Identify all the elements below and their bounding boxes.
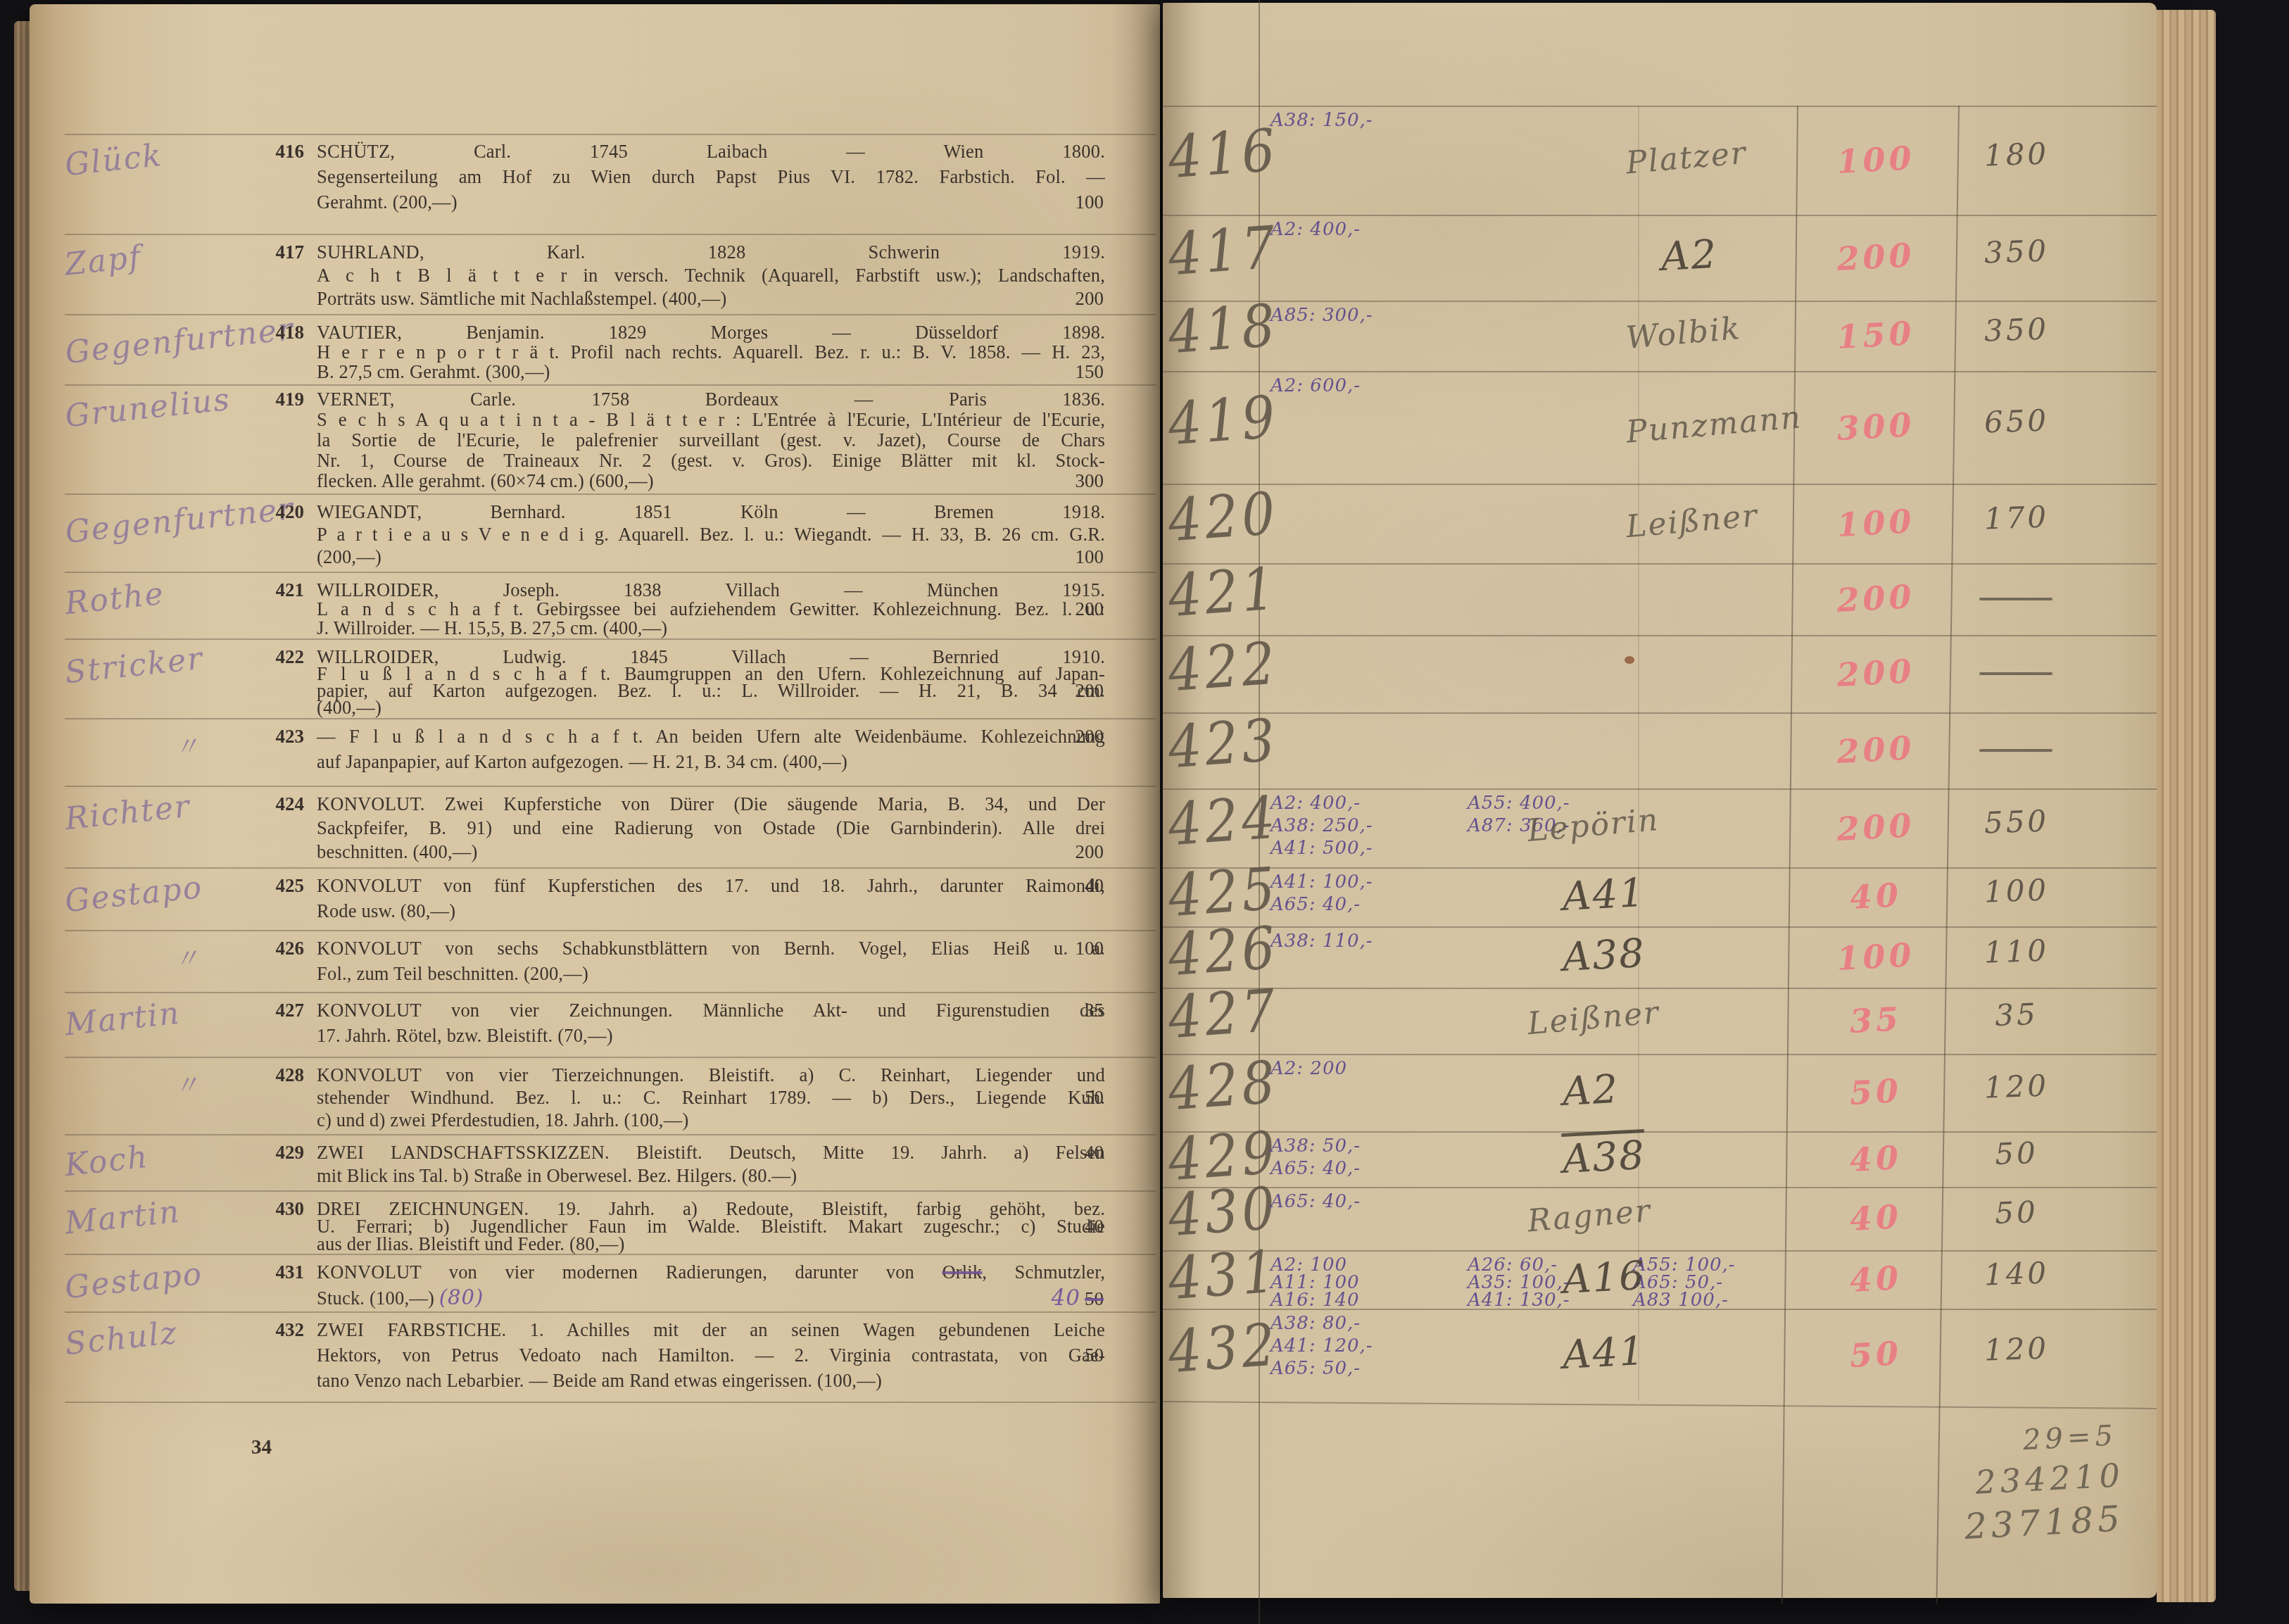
entry-line: (200,—) xyxy=(317,546,1105,568)
ledger-annotation: A38: 150,- xyxy=(1270,110,1373,132)
ink-spot xyxy=(1625,656,1634,664)
entry-line: Gerahmt. (200,—) xyxy=(317,191,1105,213)
entry-margin-name: Glück xyxy=(63,137,164,183)
lot-number: 420 xyxy=(1166,487,1257,548)
catalog-entry: Grunelius419VERNET, Carle. 1758 Bordeaux… xyxy=(30,389,1160,494)
catalog-entry: Rothe421WILLROIDER, Joseph. 1838 Villach… xyxy=(30,579,1160,639)
catalog-entry: Richter424KONVOLUT. Zwei Kupferstiche vo… xyxy=(30,793,1160,868)
entry-price: 50 xyxy=(1085,1345,1104,1366)
entry-margin-name: Koch xyxy=(63,1139,151,1183)
entry-price: 200 xyxy=(1076,598,1104,620)
buyer-name: Platzer xyxy=(1625,134,1748,181)
entry-price: 100 xyxy=(1076,191,1104,213)
limit-red: 300 xyxy=(1798,403,1955,449)
ledger-row: 426A38: 110,-A38100110 xyxy=(1163,926,2157,988)
entry-line: S e c h s A q u a t i n t a - B l ä t t … xyxy=(317,409,1105,430)
buyer-name: Wolbik xyxy=(1625,310,1743,356)
result-value: 50 xyxy=(1938,1192,2095,1233)
catalog-entry: 〃426KONVOLUT von sechs Schabkunstblätter… xyxy=(30,938,1160,993)
entry-line: VAUTIER, Benjamin. 1829 Morges — Düsseld… xyxy=(317,322,1105,343)
left-page-edge-stack xyxy=(14,21,31,1591)
result-value: 350 xyxy=(1938,310,2095,350)
handwritten-note: (80) xyxy=(439,1285,484,1309)
entry-line: ZWEI FARBSTICHE. 1. Achilles mit der an … xyxy=(317,1319,1105,1340)
entry-line: la Sortie de l'Ecurie, le palefrenier su… xyxy=(317,429,1105,451)
struck-word: Orlik xyxy=(942,1261,982,1283)
entry-line: c) und d) zwei Pferdestudien, 18. Jahrh.… xyxy=(317,1109,1105,1131)
entry-price: 50 xyxy=(1085,1087,1104,1109)
entry-separator xyxy=(65,493,1156,495)
catalog-entry: Gestapo425KONVOLUT von fünf Kupferstiche… xyxy=(30,875,1160,931)
entry-separator xyxy=(65,572,1156,573)
entry-number: 417 xyxy=(206,241,304,263)
entry-margin-name: Richter xyxy=(63,788,192,837)
lot-number: 417 xyxy=(1166,222,1257,283)
ledger-page-right: 416A38: 150,-Platzer100180417A2: 400,-A2… xyxy=(1163,3,2157,1598)
entry-line: WIEGANDT, Bernhard. 1851 Köln — Bremen 1… xyxy=(317,501,1105,522)
catalog-entry: 〃423— F l u ß l a n d s c h a f t. An be… xyxy=(30,726,1160,786)
result-value: 350 xyxy=(1938,232,2095,272)
entry-line: A c h t B l ä t t e r in versch. Technik… xyxy=(317,265,1105,286)
entry-separator xyxy=(65,1057,1156,1058)
ledger-annotation: A41: 120,- xyxy=(1270,1335,1373,1357)
result-value: 650 xyxy=(1938,401,2095,441)
ledger-row: 432A38: 80,-A41: 120,-A65: 50,-A4150120 xyxy=(1163,1309,2157,1401)
entry-separator xyxy=(65,134,1156,135)
lot-number: 422 xyxy=(1166,638,1257,699)
ledger-row: 417A2: 400,-A2200350 xyxy=(1163,215,2157,301)
entry-separator xyxy=(65,1402,1156,1403)
entry-separator xyxy=(65,992,1156,993)
catalog-entry: Martin427KONVOLUT von vier Zeichnungen. … xyxy=(30,1000,1160,1057)
lot-number: 421 xyxy=(1166,563,1257,624)
row-rule xyxy=(1163,1401,2157,1409)
ledger-row: 421200 xyxy=(1163,563,2157,635)
entry-separator xyxy=(65,314,1156,315)
entry-price: 200 xyxy=(1076,726,1104,748)
limit-red: 50 xyxy=(1798,1331,1955,1377)
lot-number: 424 xyxy=(1166,792,1257,853)
result-value: 140 xyxy=(1938,1254,2095,1294)
entry-number: 421 xyxy=(206,579,304,601)
struck-price: 50 xyxy=(1085,1288,1104,1309)
ledger-row: 425A41: 100,-A65: 40,-A4140100 xyxy=(1163,867,2157,926)
entry-line: KONVOLUT. Zwei Kupferstiche von Dürer (D… xyxy=(317,793,1105,814)
entry-price: 40 xyxy=(1085,1216,1104,1238)
ledger-annotation: A65: 50,- xyxy=(1270,1358,1361,1380)
entry-line: B. 27,5 cm. Gerahmt. (300,—) xyxy=(317,361,1105,383)
entry-number: 427 xyxy=(206,1000,304,1021)
entry-margin-name: Martin xyxy=(63,1194,182,1242)
result-value: 550 xyxy=(1938,802,2095,842)
limit-red: 200 xyxy=(1798,575,1955,621)
entry-line: H e r r e n p o r t r ä t. Profil nach r… xyxy=(317,341,1105,363)
entry-line: L a n d s c h a f t. Gebirgssee bei aufz… xyxy=(317,598,1105,619)
entry-line: ZWEI LANDSCHAFTSSKIZZEN. Bleistift. Deut… xyxy=(317,1142,1105,1163)
entry-price: 300 xyxy=(1076,470,1104,492)
entry-line: Stuck. (100,—) (80) xyxy=(317,1285,1105,1309)
entry-line: 17. Jahrh. Rötel, bzw. Bleistift. (70,—) xyxy=(317,1025,1105,1047)
ledger-row: 423200 xyxy=(1163,712,2157,788)
entry-line: flecken. Alle gerahmt. (60×74 cm.) (600,… xyxy=(317,470,1105,492)
ledger-row: 418A85: 300,-Wolbik150350 xyxy=(1163,301,2157,371)
catalog-entry: 〃428KONVOLUT von vier Tierzeichnungen. B… xyxy=(30,1064,1160,1135)
entry-number: 423 xyxy=(206,726,304,748)
entry-line: KONVOLUT von fünf Kupferstichen des 17. … xyxy=(317,875,1105,896)
dealer-mark: A38 xyxy=(1561,930,1646,980)
ledger-annotation: A38: 250,- xyxy=(1270,815,1373,837)
entry-number: 431 xyxy=(206,1261,304,1283)
entry-margin-name: Gestapo xyxy=(63,1256,205,1306)
catalog-entry: Zapf417SUHRLAND, Karl. 1828 Schwerin 191… xyxy=(30,241,1160,315)
lot-number: 432 xyxy=(1166,1318,1257,1380)
catalog-entry: Schulz432ZWEI FARBSTICHE. 1. Achilles mi… xyxy=(30,1319,1160,1402)
buyer-name: Leißner xyxy=(1526,995,1661,1042)
ledger-annotation: A65: 40,- xyxy=(1270,894,1361,916)
entry-line: KONVOLUT von sechs Schabkunstblättern vo… xyxy=(317,938,1105,959)
ledger-annotation: A2: 600,- xyxy=(1270,375,1361,397)
result-value: 170 xyxy=(1938,498,2095,538)
catalog-entry: Koch429ZWEI LANDSCHAFTSSKIZZEN. Bleistif… xyxy=(30,1142,1160,1191)
total-line-3: 237185 xyxy=(1964,1498,2126,1547)
handwritten-price: 40 xyxy=(1052,1285,1080,1311)
ledger-annotation: A2: 400,- xyxy=(1270,793,1361,814)
limit-red: 150 xyxy=(1798,312,1955,358)
entry-number: 426 xyxy=(206,938,304,959)
ledger-annotation: A2: 200 xyxy=(1270,1058,1347,1080)
dealer-mark: A2 xyxy=(1660,232,1718,280)
entry-line: Porträts usw. Sämtliche mit Nachlaßstemp… xyxy=(317,288,1105,310)
entry-price: 40 xyxy=(1085,1142,1104,1164)
ledger-row: 419A2: 600,-Punzmann300650 xyxy=(1163,371,2157,484)
entry-line: — F l u ß l a n d s c h a f t. An beiden… xyxy=(317,726,1105,747)
entry-price: 200 xyxy=(1076,288,1104,310)
entry-separator xyxy=(65,718,1156,719)
entry-price: 200 xyxy=(1076,680,1104,702)
dealer-mark: A16 xyxy=(1561,1252,1646,1302)
lot-number: 423 xyxy=(1166,715,1257,776)
entry-line: J. Willroider. — H. 15,5, B. 27,5 cm. (4… xyxy=(317,617,1105,639)
limit-red: 35 xyxy=(1798,997,1955,1043)
entry-line: KONVOLUT von vier Tierzeichnungen. Bleis… xyxy=(317,1064,1105,1085)
catalog-entry: Martin430DREI ZEICHNUNGEN. 19. Jahrh. a)… xyxy=(30,1198,1160,1254)
entry-margin-name: Schulz xyxy=(63,1315,179,1363)
lot-number: 425 xyxy=(1166,863,1257,924)
buyer-name: Leißner xyxy=(1625,497,1760,544)
limit-red: 200 xyxy=(1798,650,1955,695)
ledger-annotation: A65: 40,- xyxy=(1270,1191,1361,1213)
entry-line: KONVOLUT von vier modernen Radierungen, … xyxy=(317,1261,1105,1283)
ledger-row: 416A38: 150,-Platzer100180 xyxy=(1163,106,2157,215)
entry-price: 200 xyxy=(1076,841,1104,863)
catalog-page-left: Glück416SCHÜTZ, Carl. 1745 Laibach — Wie… xyxy=(30,4,1160,1604)
scanned-book-spread: Glück416SCHÜTZ, Carl. 1745 Laibach — Wie… xyxy=(0,0,2289,1624)
ledger-row: 429A38: 50,-A65: 40,-A384050 xyxy=(1163,1131,2157,1187)
limit-red: 40 xyxy=(1798,873,1955,919)
entry-price: 40 xyxy=(1085,875,1104,897)
catalog-entry: Gestapo431KONVOLUT von vier modernen Rad… xyxy=(30,1261,1160,1312)
ledger-row: 420Leißner100170 xyxy=(1163,484,2157,563)
ledger-annotation: A41: 100,- xyxy=(1270,871,1373,893)
catalog-entry: Gegenfurtner420WIEGANDT, Bernhard. 1851 … xyxy=(30,501,1160,572)
entry-price: 35 xyxy=(1085,1000,1104,1021)
result-value: 120 xyxy=(1938,1329,2095,1369)
lot-number: 427 xyxy=(1166,985,1257,1046)
entry-margin-name: Zapf xyxy=(63,239,144,282)
result-value: 100 xyxy=(1938,871,2095,911)
entry-margin-name: Stricker xyxy=(63,641,206,691)
entry-line: tano Venzo nach Lebarbier. — Beide am Ra… xyxy=(317,1370,1105,1392)
lot-number: 418 xyxy=(1166,300,1257,361)
entry-line: Sackpfeifer, B. 91) und eine Radierung v… xyxy=(317,817,1105,838)
ledger-annotation: A38: 80,- xyxy=(1270,1313,1361,1335)
ledger-row: 431A2: 100A11: 100A16: 140A26: 60,-A35: … xyxy=(1163,1250,2157,1309)
limit-red: 100 xyxy=(1798,137,1955,182)
lot-number: 419 xyxy=(1166,391,1257,453)
entry-line: aus der Ilias. Bleistift und Feder. (80,… xyxy=(317,1233,1105,1255)
ledger-annotation: A38: 50,- xyxy=(1270,1135,1361,1157)
entry-number: 422 xyxy=(206,646,304,668)
entry-number: 425 xyxy=(206,875,304,897)
result-value: 110 xyxy=(1938,931,2095,971)
entry-line: KONVOLUT von vier Zeichnungen. Männliche… xyxy=(317,1000,1105,1021)
entry-margin-name: Gestapo xyxy=(63,869,205,919)
entry-line: Rode usw. (80,—) xyxy=(317,900,1105,922)
lot-number: 428 xyxy=(1166,1057,1257,1118)
limit-red: 100 xyxy=(1798,500,1955,546)
entry-separator xyxy=(65,1190,1156,1192)
entry-price: 4050 xyxy=(1052,1285,1104,1311)
entry-separator xyxy=(65,234,1156,235)
entry-separator xyxy=(65,786,1156,787)
entry-margin-name: Martin xyxy=(63,995,182,1043)
entry-number: 432 xyxy=(206,1319,304,1341)
dealer-mark: A2 xyxy=(1561,1066,1620,1115)
entry-margin-name: 〃 xyxy=(172,726,202,764)
limit-red: 100 xyxy=(1798,933,1955,979)
entry-line: Nr. 1, Course de Traineaux Nr. 2 (gest. … xyxy=(317,450,1105,471)
entry-number: 428 xyxy=(206,1064,304,1086)
entry-line: mit Blick ins Tal. b) Straße in Oberwese… xyxy=(317,1165,1105,1187)
entry-line: beschnitten. (400,—) xyxy=(317,841,1105,863)
entry-line: SCHÜTZ, Carl. 1745 Laibach — Wien 1800. xyxy=(317,141,1105,162)
entry-line: (400,—) xyxy=(317,697,1105,719)
ledger-annotation: A2: 400,- xyxy=(1270,219,1361,241)
entry-separator xyxy=(65,867,1156,869)
page-number: 34 xyxy=(251,1436,272,1459)
ledger-row: 422200 xyxy=(1163,635,2157,712)
entry-number: 420 xyxy=(206,501,304,523)
result-dash xyxy=(1979,598,2052,600)
entry-line: P a r t i e a u s V e n e d i g. Aquarel… xyxy=(317,524,1105,545)
entry-separator xyxy=(65,1311,1156,1313)
dealer-mark: A41 xyxy=(1561,870,1646,920)
result-dash xyxy=(1979,749,2052,752)
entry-line: VERNET, Carle. 1758 Bordeaux — Paris 183… xyxy=(317,389,1105,410)
right-page-edge-stack xyxy=(2157,10,2216,1602)
entry-margin-name: Rothe xyxy=(63,576,166,622)
limit-red: 200 xyxy=(1798,234,1955,279)
entry-price: 100 xyxy=(1076,546,1104,568)
entry-price: 100 xyxy=(1076,938,1104,959)
entry-number: 424 xyxy=(206,793,304,815)
entry-separator xyxy=(65,1134,1156,1135)
result-value: 120 xyxy=(1938,1066,2095,1107)
ledger-annotation: A65: 40,- xyxy=(1270,1158,1361,1180)
entry-number: 418 xyxy=(206,322,304,344)
catalog-entry: Glück416SCHÜTZ, Carl. 1745 Laibach — Wie… xyxy=(30,141,1160,234)
ledger-annotation: A41: 500,- xyxy=(1270,838,1373,860)
lot-number: 431 xyxy=(1166,1246,1257,1307)
entry-number: 429 xyxy=(206,1142,304,1164)
entry-separator xyxy=(65,1254,1156,1255)
dealer-mark: A38 xyxy=(1561,1132,1646,1182)
lot-number: 430 xyxy=(1166,1183,1257,1244)
limit-red: 200 xyxy=(1798,726,1955,772)
lot-number: 426 xyxy=(1166,922,1257,983)
limit-red: 40 xyxy=(1798,1256,1955,1302)
limit-red: 50 xyxy=(1798,1069,1955,1114)
catalog-entry: Gegenfurtner418VAUTIER, Benjamin. 1829 M… xyxy=(30,322,1160,385)
limit-red: 200 xyxy=(1798,804,1955,850)
result-value: 50 xyxy=(1938,1133,2095,1173)
ledger-annotation: A85: 300,- xyxy=(1270,305,1373,327)
dealer-mark: A41 xyxy=(1561,1328,1646,1378)
entry-separator xyxy=(65,638,1156,640)
ledger-row: 427Leißner3535 xyxy=(1163,988,2157,1054)
entry-separator xyxy=(65,930,1156,931)
entry-margin-name: 〃 xyxy=(172,1064,202,1103)
totals-block: 29=5 234210 237185 xyxy=(1965,1423,2124,1547)
entry-line: Hektors, von Petrus Vedoato nach Hamilto… xyxy=(317,1345,1105,1366)
entry-line: auf Japanpapier, auf Karton aufgezogen. … xyxy=(317,751,1105,773)
entry-number: 430 xyxy=(206,1198,304,1220)
buyer-name: Punzmann xyxy=(1625,399,1803,451)
entry-line: Fol., zum Teil beschnitten. (200,—) xyxy=(317,963,1105,985)
ledger-row: 430A65: 40,-Ragner4050 xyxy=(1163,1187,2157,1250)
ledger-annotation: A38: 110,- xyxy=(1270,931,1373,952)
entry-line: WILLROIDER, Joseph. 1838 Villach — Münch… xyxy=(317,579,1105,600)
entry-margin-name: 〃 xyxy=(172,938,202,976)
limit-red: 40 xyxy=(1798,1135,1955,1181)
result-dash xyxy=(1979,672,2052,675)
entry-number: 419 xyxy=(206,389,304,410)
total-line-2: 234210 xyxy=(1964,1456,2125,1502)
ledger-row: 424A2: 400,-A38: 250,-A41: 500,-A55: 400… xyxy=(1163,788,2157,867)
ledger-row: 428A2: 200A250120 xyxy=(1163,1054,2157,1131)
total-line-1: 29=5 xyxy=(1964,1419,2118,1459)
limit-red: 40 xyxy=(1798,1195,1955,1240)
entry-line: Segenserteilung am Hof zu Wien durch Pap… xyxy=(317,166,1105,187)
entry-line: SUHRLAND, Karl. 1828 Schwerin 1919. xyxy=(317,241,1105,263)
catalog-entry: Stricker422WILLROIDER, Ludwig. 1845 Vill… xyxy=(30,646,1160,719)
lot-number: 416 xyxy=(1166,124,1257,185)
buyer-name: Ragner xyxy=(1526,1192,1653,1239)
result-value: 35 xyxy=(1938,995,2095,1035)
entry-price: 150 xyxy=(1076,361,1104,383)
entry-number: 416 xyxy=(206,141,304,163)
result-value: 180 xyxy=(1938,134,2095,175)
entry-line: stehender Windhund. Bez. l. u.: C. Reinh… xyxy=(317,1087,1105,1108)
